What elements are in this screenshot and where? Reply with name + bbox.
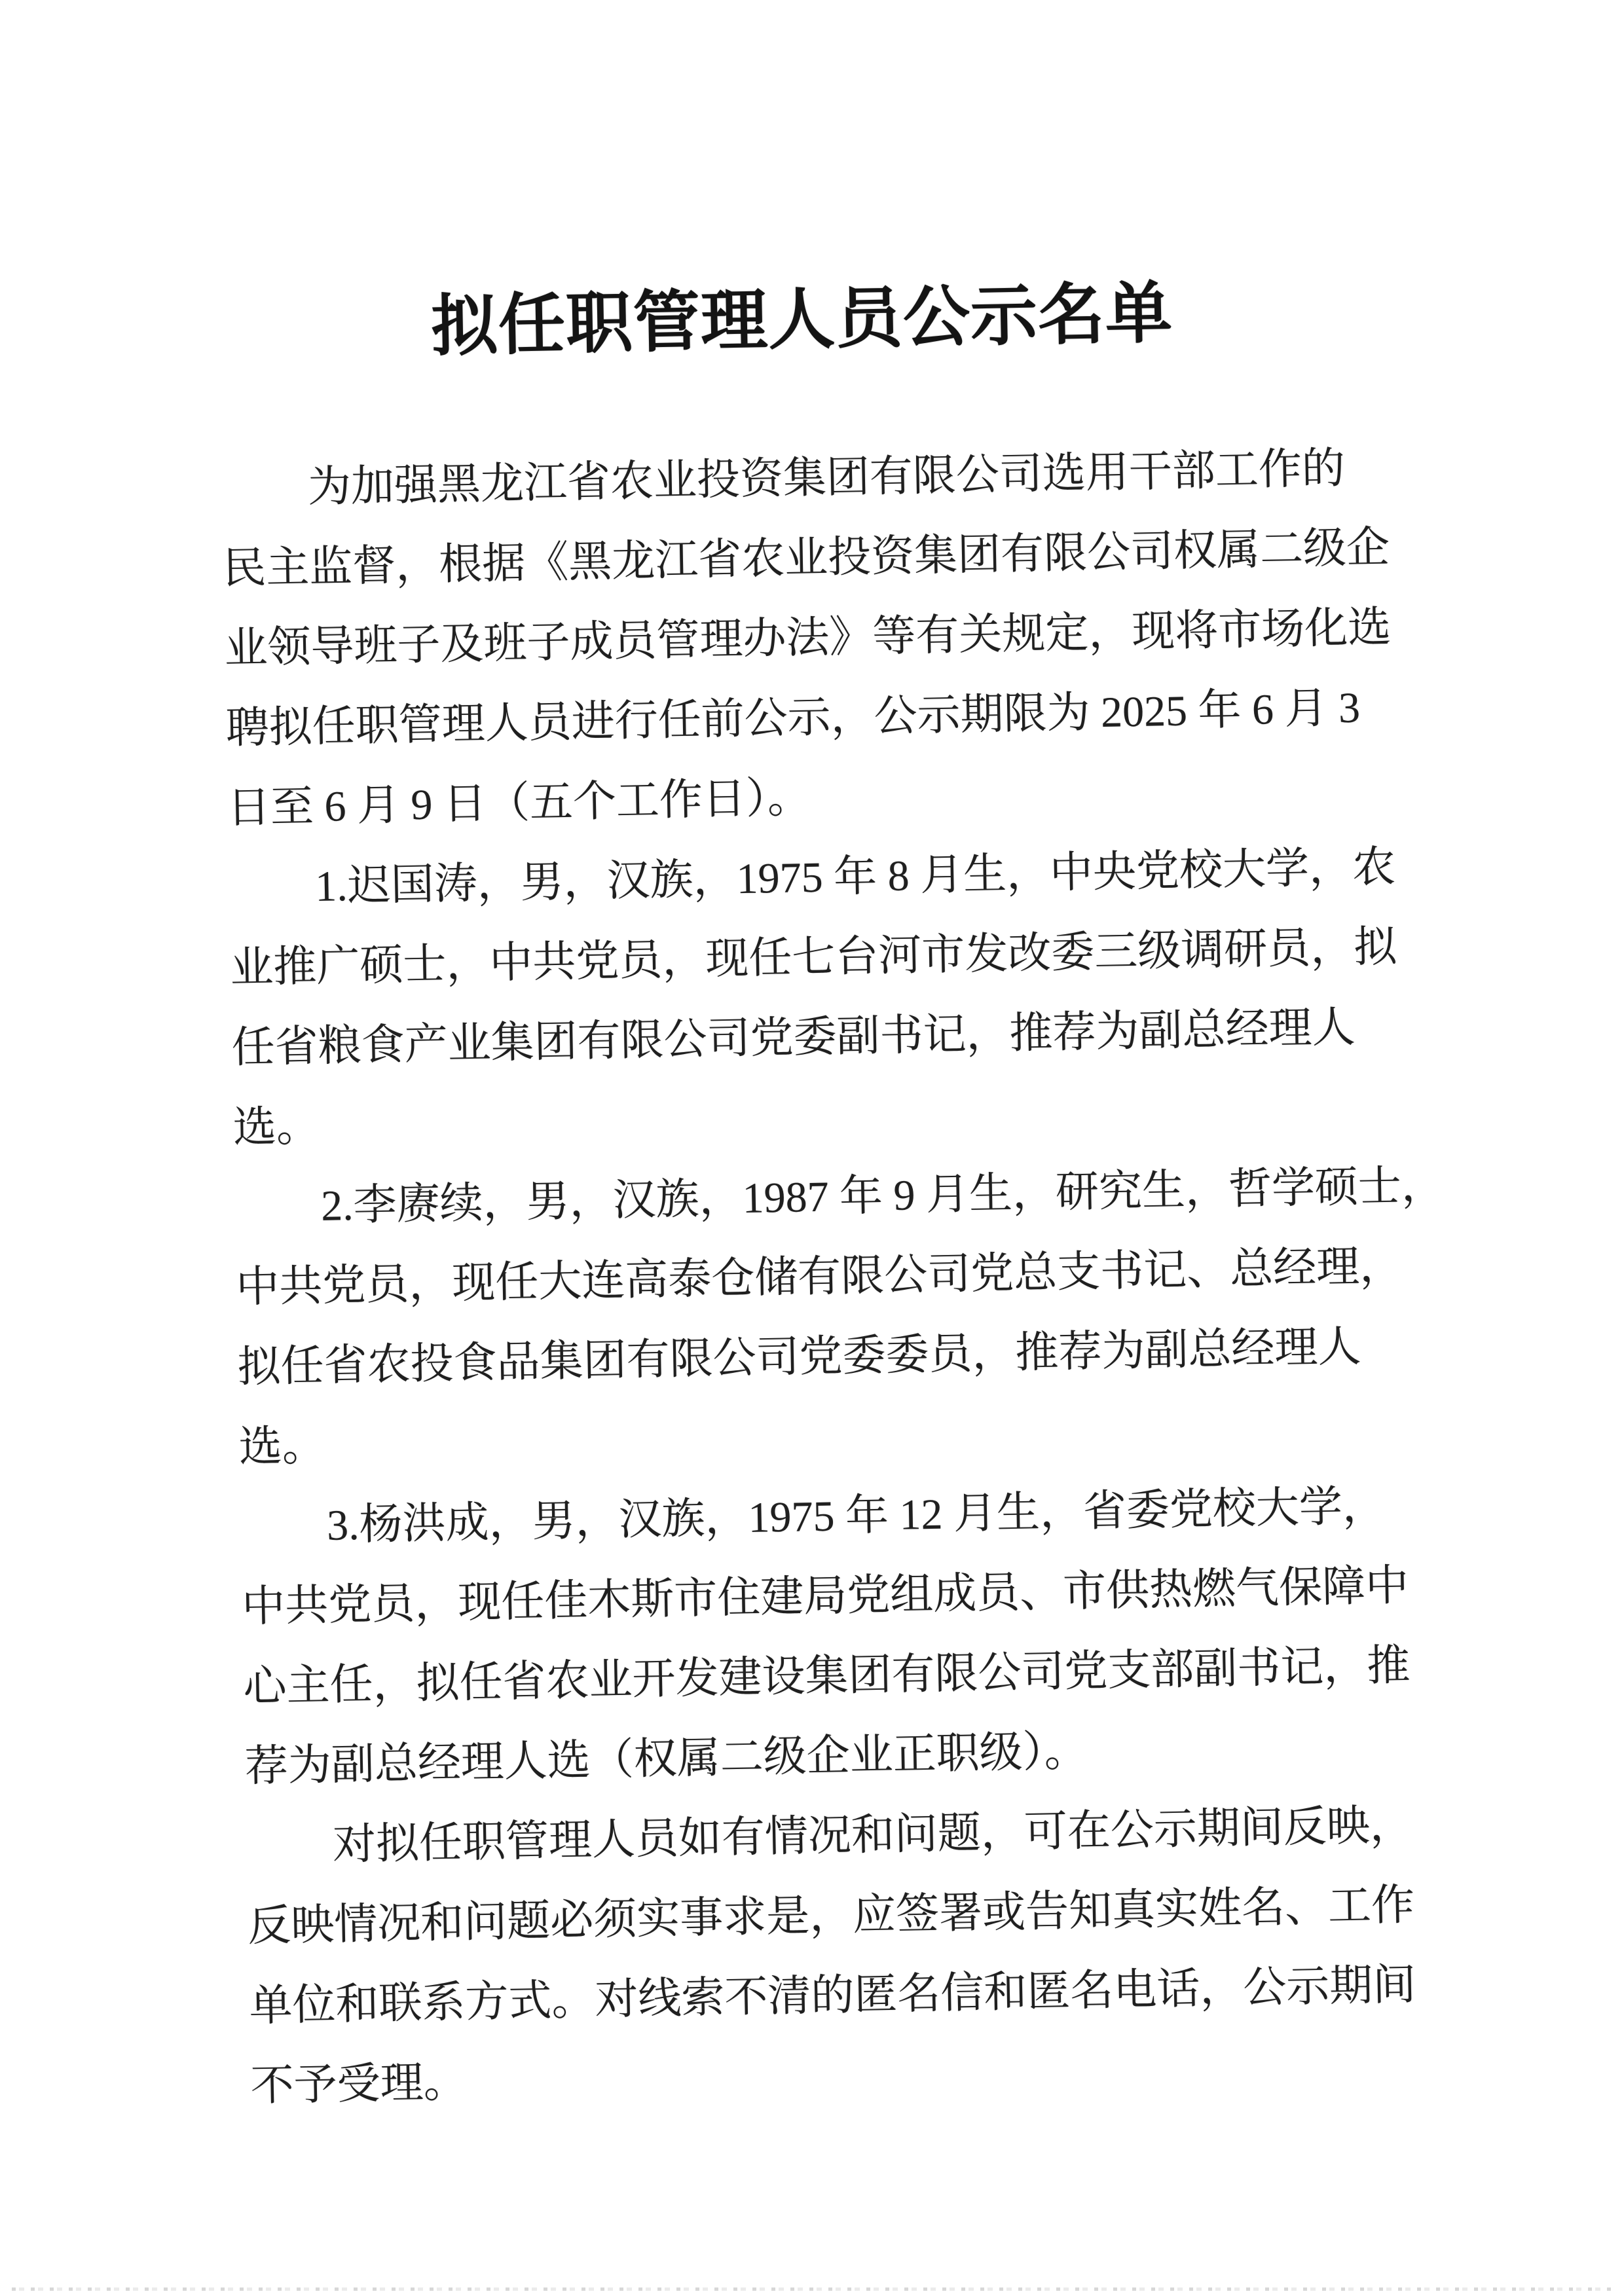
scan-noise-strip [12,2287,1612,2291]
paragraph: 3.杨洪成，男，汉族，1975 年 12 月生，省委党校大学，中共党员，现任佳木… [240,1467,1412,1808]
notice-body: 为加强黑龙江省农业投资集团有限公司选用干部工作的民主监督，根据《黑龙江省农业投资… [221,428,1418,2126]
paragraph: 对拟任职管理人员如有情况和问题，可在公示期间反映，反映情况和问题必须实事求是，应… [246,1786,1418,2127]
document-page: 拟任职管理人员公示名单 为加强黑龙江省农业投资集团有限公司选用干部工作的民主监督… [0,0,1624,2296]
notice-content: 拟任职管理人员公示名单 为加强黑龙江省农业投资集团有限公司选用干部工作的民主监督… [217,264,1418,2126]
paragraph: 2.李赓续，男，汉族，1987 年 9 月生，研究生，哲学硕士，中共党员，现任大… [234,1147,1407,1488]
page-title: 拟任职管理人员公示名单 [217,264,1386,378]
paragraph: 为加强黑龙江省农业投资集团有限公司选用干部工作的民主监督，根据《黑龙江省农业投资… [221,428,1395,849]
paragraph: 1.迟国涛，男，汉族，1975 年 8 月生，中央党校大学，农业推广硕士，中共党… [228,828,1401,1169]
